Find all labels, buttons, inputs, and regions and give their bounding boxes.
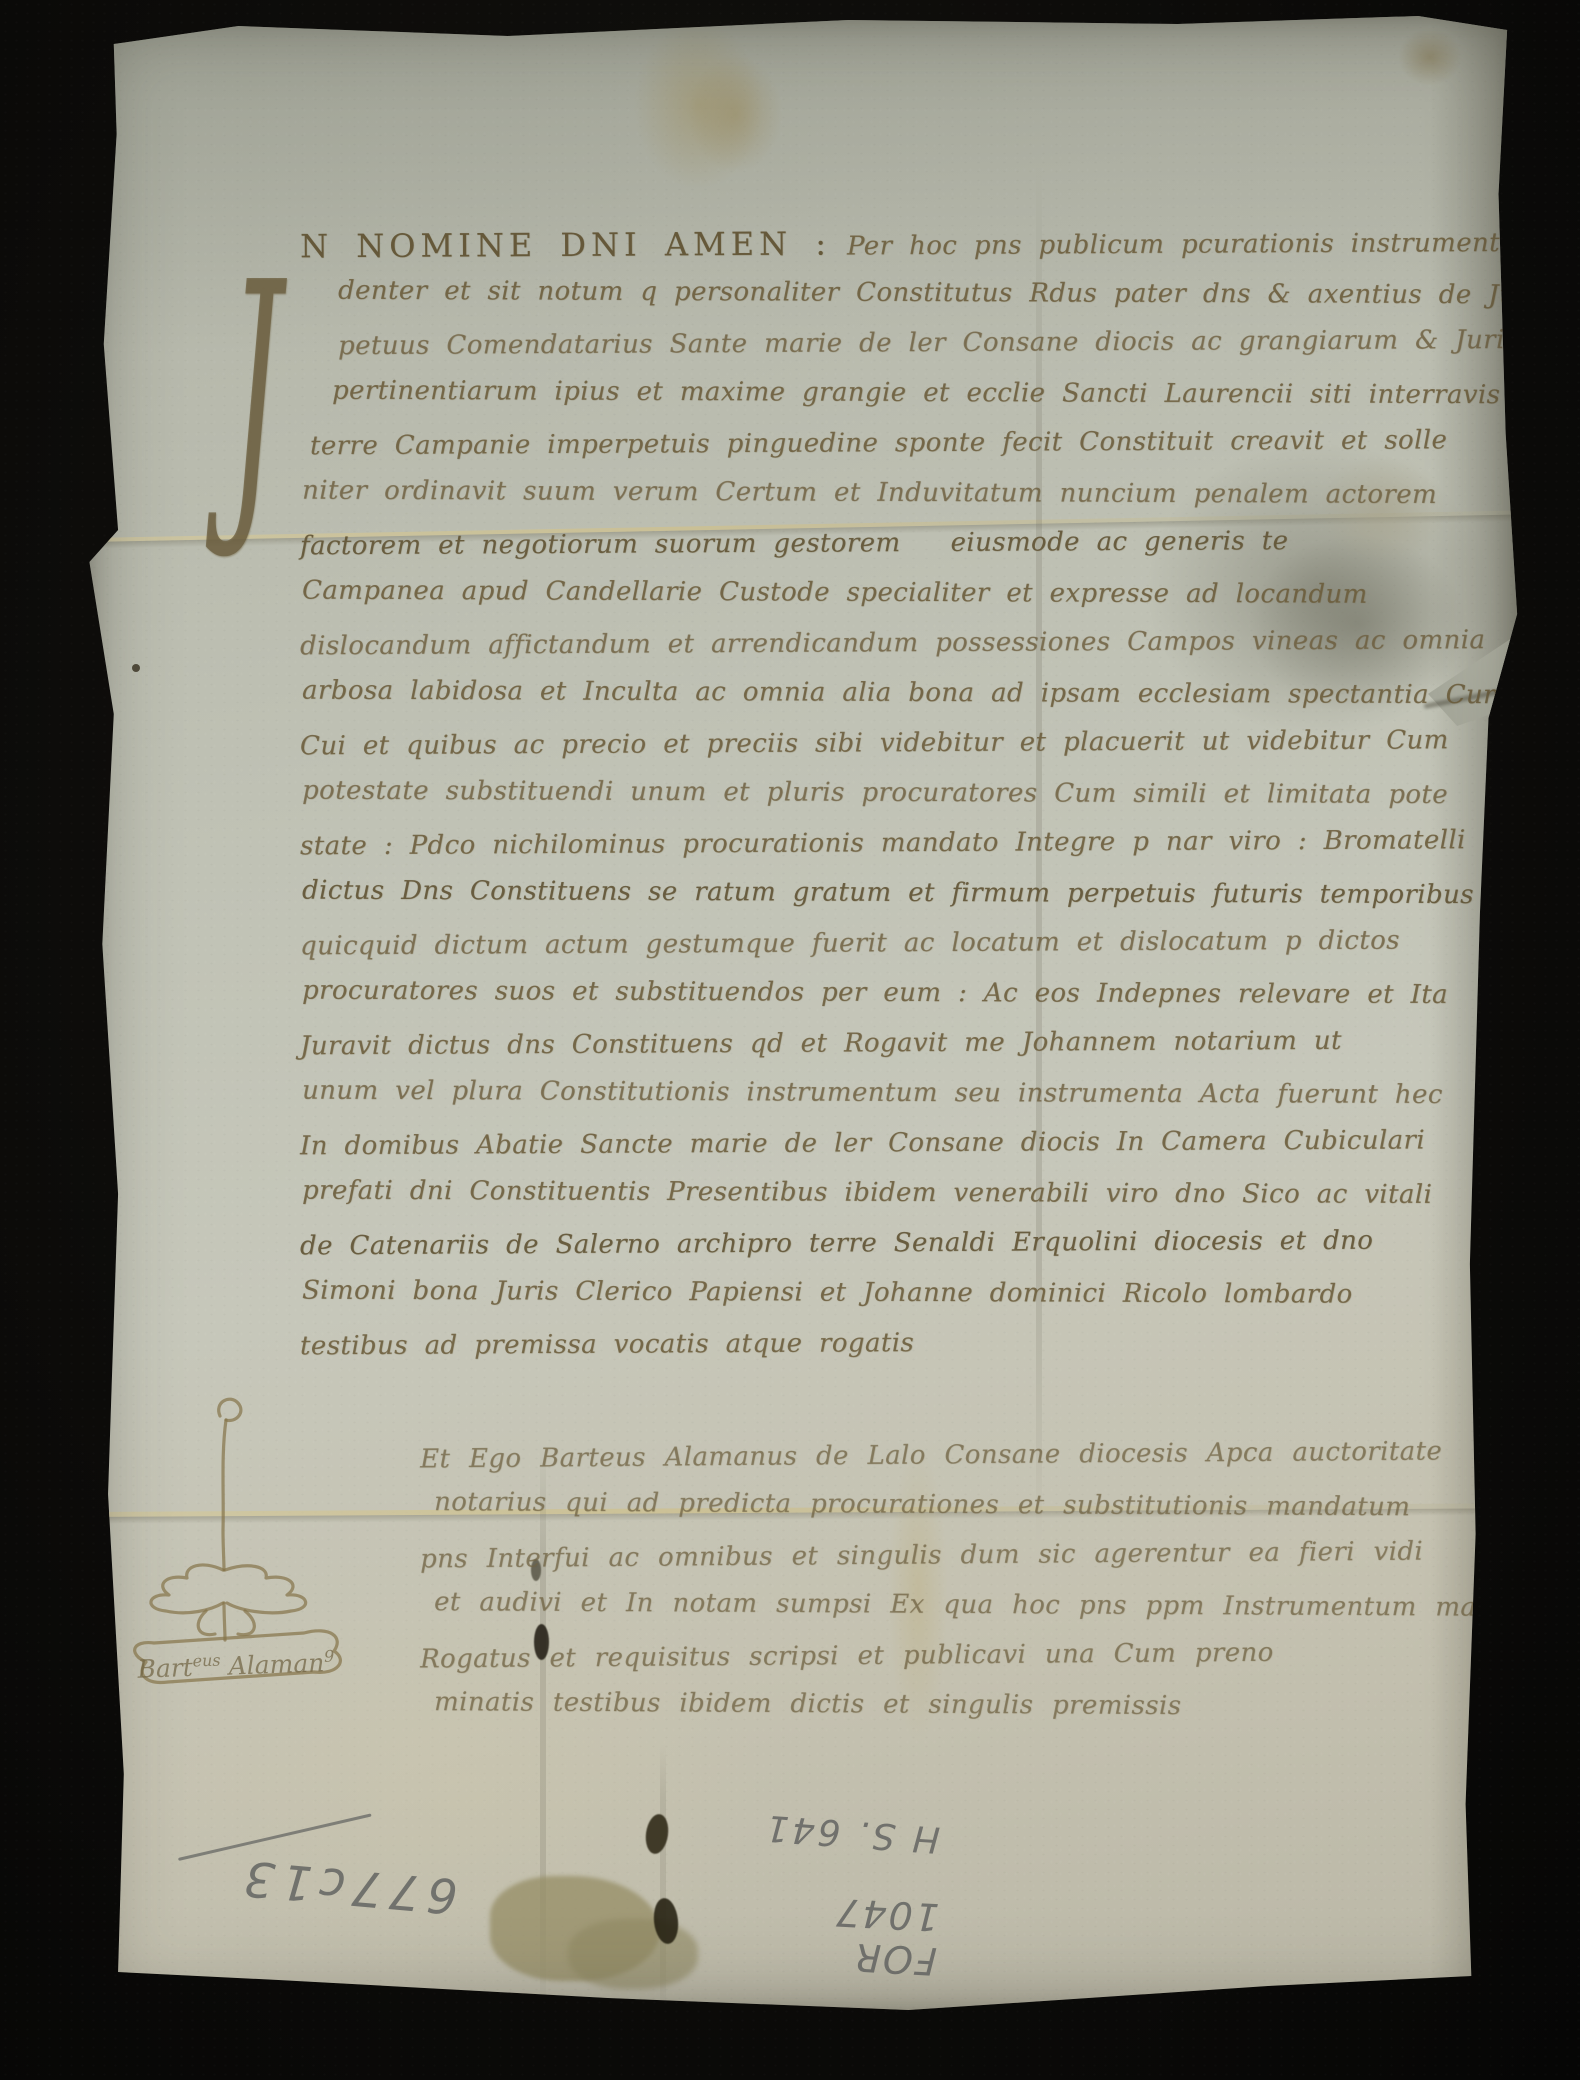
manuscript-line-text: Per hoc pns publicum pcurationis instrum… bbox=[847, 226, 1580, 261]
subscription-line: pns Interfui ac omnibus et singulis dum … bbox=[420, 1526, 1550, 1585]
stain bbox=[688, 54, 783, 174]
subscription-line: notarius qui ad predicta procurationes e… bbox=[434, 1477, 1564, 1533]
manuscript-line: Campanea apud Candellarie Custode specia… bbox=[302, 566, 1564, 621]
fold-crease-vertical-bottom bbox=[660, 1744, 666, 2014]
manuscript-line: state : Pdco nichilominus procurationis … bbox=[300, 815, 1562, 872]
manuscript-line: Juravit dictus dns Constituens qd et Rog… bbox=[300, 1015, 1562, 1072]
margin-dot bbox=[100, 714, 106, 720]
subscription-line: minatis testibus ibidem dictis et singul… bbox=[434, 1677, 1564, 1733]
photo-backdrop: J N NOMINE DNI AMEN :Per hoc pns publicu… bbox=[0, 0, 1580, 2080]
manuscript-line: potestate substituendi unum et pluris pr… bbox=[302, 766, 1564, 821]
manuscript-body-text: N NOMINE DNI AMEN :Per hoc pns publicum … bbox=[300, 218, 1562, 1368]
manuscript-line: denter et sit notum q personaliter Const… bbox=[302, 266, 1564, 321]
manuscript-line: dislocandum affictandum et arrendicandum… bbox=[300, 615, 1562, 672]
manuscript-line: quicquid dictum actum gestumque fuerit a… bbox=[300, 915, 1562, 972]
notary-name-superscript: eus bbox=[192, 1651, 221, 1671]
notary-name-text: Alaman bbox=[220, 1648, 325, 1681]
margin-dot bbox=[132, 664, 140, 672]
manuscript-line: In domibus Abatie Sancte marie de ler Co… bbox=[300, 1115, 1562, 1172]
manuscript-line: niter ordinavit suum verum Certum et Ind… bbox=[302, 466, 1564, 521]
parchment-sheet: J N NOMINE DNI AMEN :Per hoc pns publicu… bbox=[88, 14, 1520, 2014]
manuscript-line: petuus Comendatarius Sante marie de ler … bbox=[300, 315, 1562, 372]
manuscript-line: dictus Dns Constituens se ratum gratum e… bbox=[302, 866, 1564, 921]
manuscript-line: Cui et quibus ac precio et preciis sibi … bbox=[300, 715, 1562, 772]
stain bbox=[1398, 28, 1462, 86]
manuscript-line: testibus ad premissa vocatis atque rogat… bbox=[300, 1315, 1562, 1372]
manuscript-line: N NOMINE DNI AMEN :Per hoc pns publicum … bbox=[300, 215, 1562, 272]
manuscript-line: terre Campanie imperpetuis pinguedine sp… bbox=[300, 415, 1562, 472]
subscription-line: Et Ego Barteus Alamanus de Lalo Consane … bbox=[420, 1426, 1550, 1485]
manuscript-line: procuratores suos et substituendos per e… bbox=[302, 966, 1564, 1021]
water-stain bbox=[490, 1876, 660, 1981]
manuscript-line: arbosa labidosa et Inculta ac omnia alia… bbox=[302, 666, 1564, 721]
notary-name-superscript: 9 bbox=[324, 1647, 335, 1666]
manuscript-line: Simoni bona Juris Clerico Papiensi et Jo… bbox=[302, 1266, 1564, 1321]
ink-blot bbox=[643, 1813, 670, 1856]
manuscript-line: pertinentiarum ipius et maxime grangie e… bbox=[302, 366, 1564, 421]
invocation-text: N NOMINE DNI AMEN : bbox=[300, 225, 831, 266]
manuscript-line: factorem et negotiorum suorum gestorem e… bbox=[300, 515, 1562, 572]
manuscript-line: de Catenariis de Salerno archipro terre … bbox=[300, 1215, 1562, 1272]
water-stain bbox=[568, 1919, 698, 1989]
ink-blot bbox=[652, 1897, 681, 1945]
manuscript-line: prefati dni Constituentis Presentibus ib… bbox=[302, 1166, 1564, 1221]
stain bbox=[633, 20, 763, 190]
subscription-line: Rogatus et requisitus scripsi et publica… bbox=[420, 1626, 1550, 1685]
illuminated-initial: J bbox=[228, 220, 281, 567]
subscription-line: et audivi et In notam sumpsi Ex qua hoc … bbox=[434, 1577, 1564, 1633]
notary-name-text: Bart bbox=[137, 1653, 193, 1684]
notarial-subscription: Et Ego Barteus Alamanus de Lalo Consane … bbox=[420, 1430, 1550, 1730]
manuscript-line: unum vel plura Constitutionis instrument… bbox=[302, 1066, 1564, 1121]
